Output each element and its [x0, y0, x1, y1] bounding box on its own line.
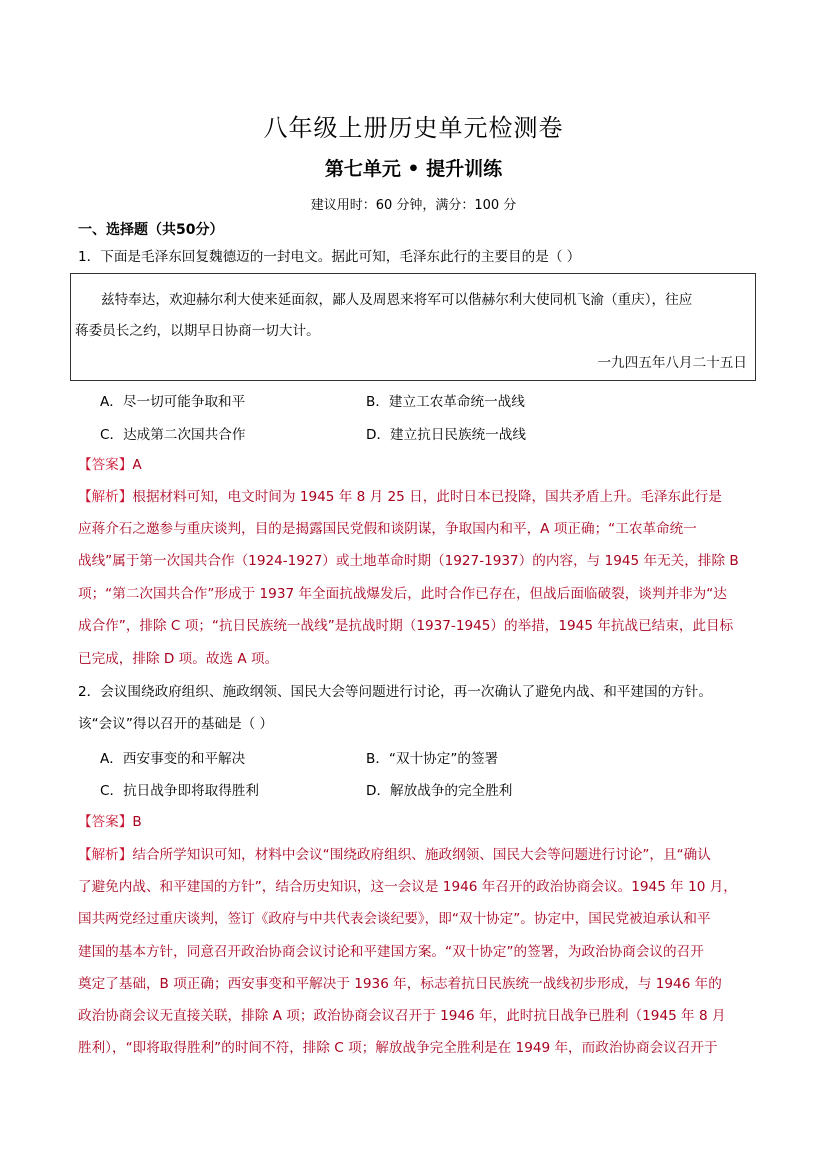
document-page: 八年级上册历史单元检测卷 第七单元 • 提升训练 建议用时：60 分钟，满分：1…: [0, 0, 827, 1169]
question-1-stem: 1．下面是毛泽东回复魏德迈的一封电文。据此可知，毛泽东此行的主要目的是（ ）: [78, 247, 580, 267]
question-2-analysis-line: 奠定了基础，B 项正确；西安事变和平解决于 1936 年，标志着抗日民族统一战线…: [78, 974, 722, 994]
question-2-option-c: C．抗日战争即将取得胜利: [100, 779, 259, 799]
quote-line: 蒋委员长之约，以期早日协商一切大计。: [75, 319, 320, 339]
page-subtitle: 第七单元 • 提升训练: [0, 154, 827, 181]
question-2-option-d: D．解放战争的完全胜利: [366, 779, 512, 799]
question-1-option-a: A．尽一切可能争取和平: [100, 390, 245, 410]
page-title: 八年级上册历史单元检测卷: [0, 108, 827, 143]
analysis-tag: 【解析】: [78, 489, 132, 505]
question-2-analysis-line: 【解析】结合所学知识可知，材料中会议“围绕政府组织、施政纲领、国民大会等问题进行…: [78, 845, 711, 865]
question-1-option-d: D．建立抗日民族统一战线: [366, 423, 526, 443]
question-1-analysis-line: 战线”属于第一次国共合作（1924-1927）或土地革命时期（1927-1937…: [78, 551, 739, 571]
question-1-option-c: C．达成第二次国共合作: [100, 423, 245, 443]
question-2-answer: 【答案】B: [78, 812, 142, 832]
answer-value: B: [132, 814, 141, 830]
answer-value: A: [132, 457, 141, 473]
exam-meta: 建议用时：60 分钟，满分：100 分: [0, 194, 827, 213]
question-2-analysis-line: 国共两党经过重庆谈判，签订《政府与中共代表会谈纪要》，即“双十协定”。协定中，国…: [78, 909, 711, 929]
question-2-stem: 该“会议”得以召开的基础是（ ）: [78, 714, 273, 734]
question-2-option-b: B．“双十协定”的签署: [366, 747, 498, 767]
question-2-analysis-line: 胜利），“即将取得胜利”的时间不符，排除 C 项；解放战争完全胜利是在 1949…: [78, 1038, 718, 1058]
answer-tag: 【答案】: [78, 457, 132, 473]
analysis-text: 根据材料可知，电文时间为 1945 年 8 月 25 日，此时日本已投降，国共矛…: [132, 489, 721, 505]
question-2-analysis-line: 政治协商会议无直接关联，排除 A 项；政治协商会议召开于 1946 年，此时抗日…: [78, 1006, 726, 1026]
analysis-tag: 【解析】: [78, 847, 132, 863]
question-1-answer: 【答案】A: [78, 455, 142, 475]
question-1-analysis-line: 应蒋介石之邀参与重庆谈判，目的是揭露国民党假和谈阴谋，争取国内和平，A 项正确；…: [78, 519, 697, 539]
question-1-analysis-line: 项；“第二次国共合作”形成于 1937 年全面抗战爆发后，此时合作已存在，但战后…: [78, 584, 727, 604]
question-1-analysis-line: 成合作”，排除 C 项；“抗日民族统一战线”是抗战时期（1937-1945）的举…: [78, 616, 733, 636]
section-heading: 一、选择题（共50分）: [78, 219, 223, 239]
question-1-analysis-line: 已完成，排除 D 项。故选 A 项。: [78, 649, 278, 669]
question-2-option-a: A．西安事变的和平解决: [100, 747, 245, 767]
quote-date: 一九四五年八月二十五日: [597, 351, 747, 371]
answer-tag: 【答案】: [78, 814, 132, 830]
question-1-analysis-line: 【解析】根据材料可知，电文时间为 1945 年 8 月 25 日，此时日本已投降…: [78, 487, 722, 507]
question-1-option-b: B．建立工农革命统一战线: [366, 390, 525, 410]
question-2-analysis-line: 了避免内战、和平建国的方针”，结合历史知识，这一会议是 1946 年召开的政治协…: [78, 877, 737, 897]
question-1-quote-box: 兹特奉达，欢迎赫尔利大使来延面叙，鄙人及周恩来将军可以偕赫尔利大使同机飞渝（重庆…: [70, 273, 756, 381]
analysis-text: 结合所学知识可知，材料中会议“围绕政府组织、施政纲领、国民大会等问题进行讨论”，…: [132, 847, 710, 863]
question-2-analysis-line: 建国的基本方针，同意召开政治协商会议讨论和平建国方案。“双十协定”的签署，为政治…: [78, 942, 704, 962]
quote-line: 兹特奉达，欢迎赫尔利大使来延面叙，鄙人及周恩来将军可以偕赫尔利大使同机飞渝（重庆…: [101, 288, 692, 308]
question-2-stem: 2．会议围绕政府组织、施政纲领、国民大会等问题进行讨论，再一次确认了避免内战、和…: [78, 682, 712, 702]
